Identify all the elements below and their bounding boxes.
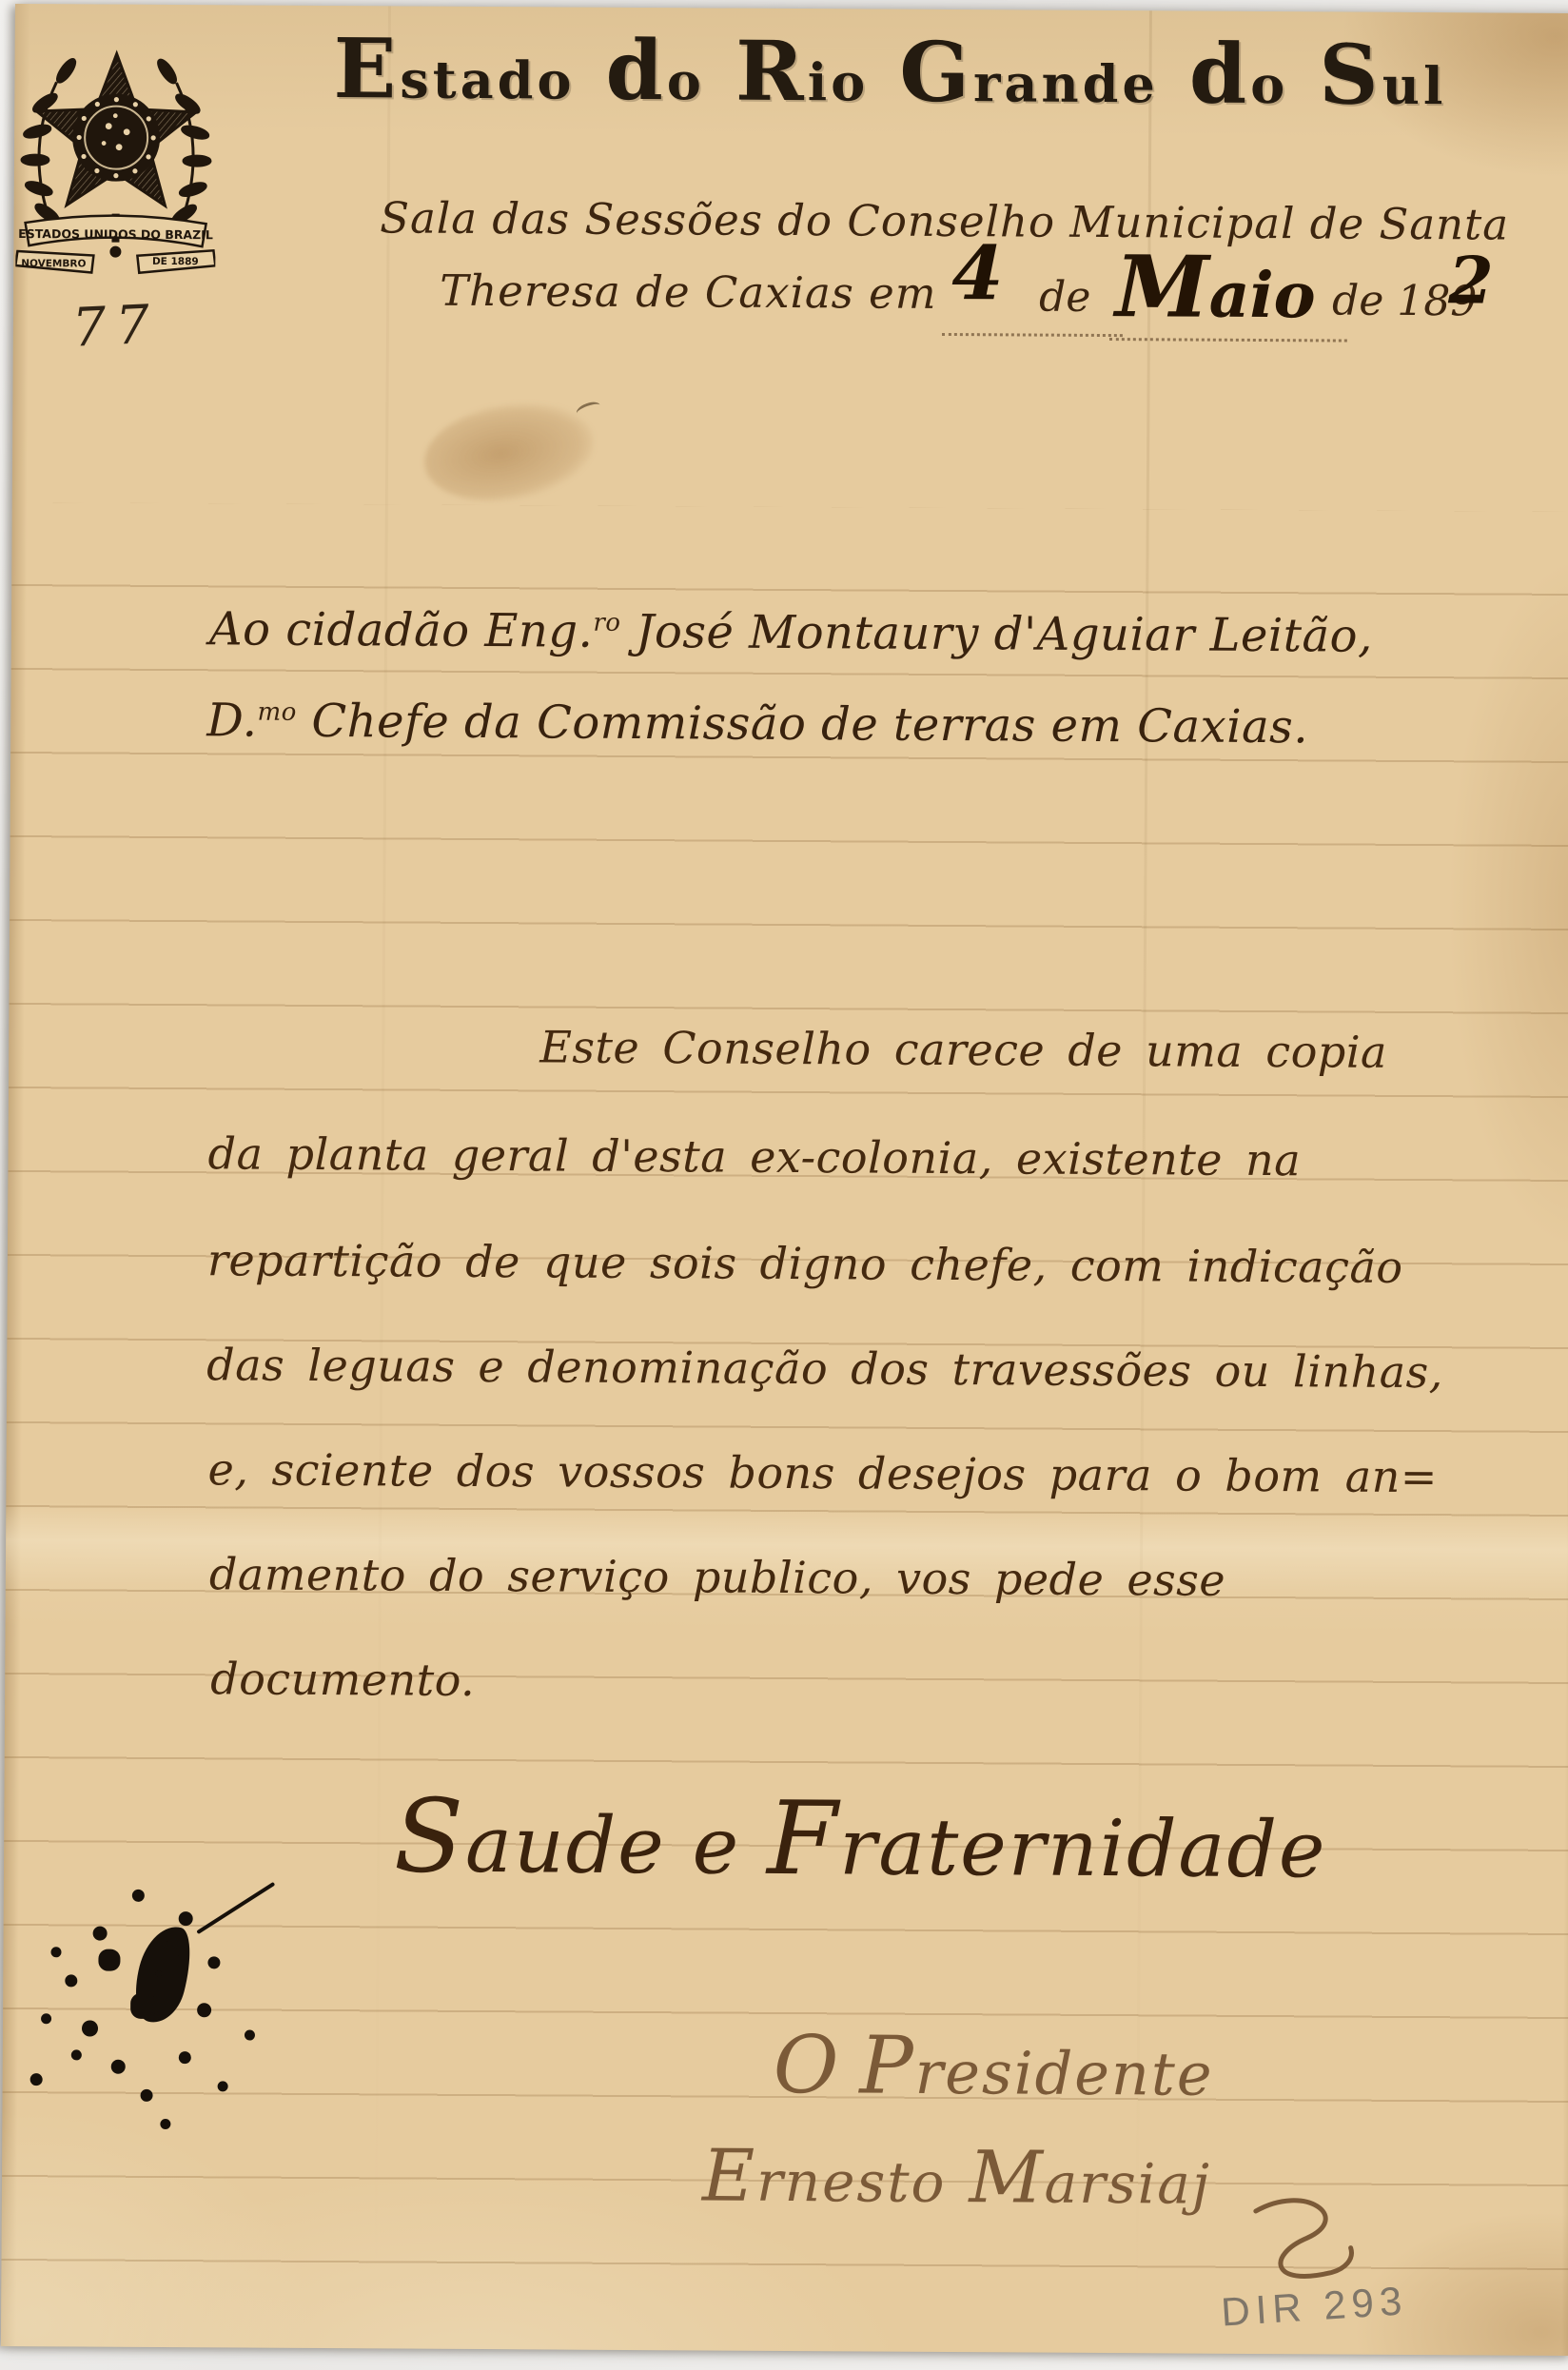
ink-blot (127, 1920, 199, 2028)
signature-role: OPresidente (763, 2018, 1223, 2114)
ribbon-text-main: ESTADOS UNIDOS DO BRAZIL (18, 226, 213, 242)
address-line2-superscript: mo (257, 698, 296, 727)
dateline-year-digit: 2 (1448, 243, 1494, 319)
dateline-day: 4 (951, 230, 1004, 317)
closing-salutation: SaudeeFraternidade (280, 1777, 1441, 1902)
body-line: damento do serviço publico, vos pede ess… (209, 1548, 1225, 1606)
address-line1-text: José Montaury d'Aguiar Leitão, (620, 605, 1373, 663)
coat-of-arms-icon: ESTADOS UNIDOS DO BRAZIL NOVEMBRO DE 188… (15, 27, 217, 284)
address-line-2: D.mo Chefe da Commissão de terras em Cax… (206, 694, 1308, 754)
form-dotted-line (1109, 338, 1347, 343)
docket-number: 77 (70, 294, 160, 360)
body-line: da planta geral d'esta ex-colonia, exist… (207, 1127, 1301, 1185)
body-line: Este Conselho carece de uma copia (539, 1021, 1387, 1077)
signature-name: ErnestoMarsiaj (691, 2133, 1223, 2220)
ribbon-text-right: DE 1889 (152, 256, 199, 267)
celestial-disc (72, 93, 161, 182)
dateline-month: Maio (1115, 237, 1316, 338)
scanned-letter-page: { "page": { "emblem": { "name": "brazil-… (0, 0, 1568, 2370)
address-line-1: Ao cidadão Eng.ro José Montaury d'Aguiar… (209, 602, 1373, 662)
address-line2-text: Chefe da Commissão de terras em Caxias. (297, 695, 1309, 754)
body-line: repartição de que sois digno chefe, com … (207, 1234, 1403, 1293)
dateline-line1: Sala das Sessões do Conselho Municipal d… (363, 192, 1524, 249)
body-line: e, sciente dos vossos bons desejos para … (207, 1443, 1438, 1502)
page-title: EstadodoRioGrandedoSul (281, 21, 1499, 125)
dateline-de: de (1039, 273, 1091, 322)
body-line: documento. (210, 1653, 475, 1706)
dateline-line2-prefix: Theresa de Caxias em (440, 265, 937, 319)
address-line2-text: D. (206, 694, 257, 747)
body-line: das leguas e denominação dos travessões … (206, 1339, 1443, 1398)
ribbon-text-left: NOVEMBRO (21, 258, 86, 269)
paper-stain (417, 391, 601, 514)
address-line1-text: Ao cidadão Eng. (209, 602, 594, 657)
form-dotted-line (942, 333, 1123, 337)
letter-paper: ESTADOS UNIDOS DO BRAZIL NOVEMBRO DE 188… (1, 4, 1568, 2356)
ink-splatter (155, 1970, 162, 1977)
address-line1-superscript: ro (593, 609, 620, 637)
ribbon-banner: ESTADOS UNIDOS DO BRAZIL NOVEMBRO DE 188… (15, 215, 215, 273)
ink-streak (196, 1882, 275, 1934)
